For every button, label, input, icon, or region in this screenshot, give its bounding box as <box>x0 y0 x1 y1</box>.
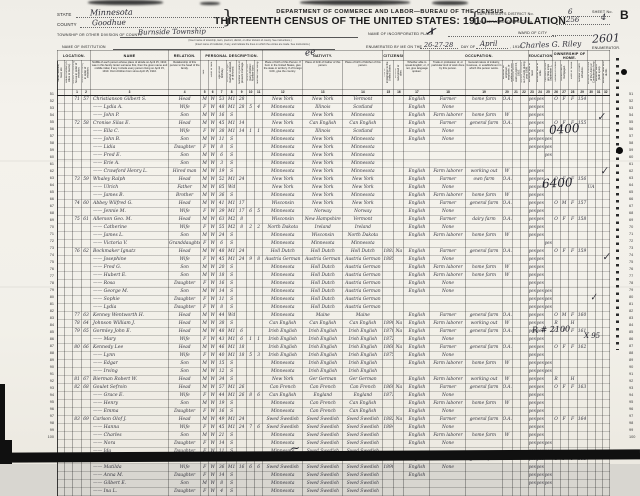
cell-bf: Can French <box>303 400 343 408</box>
row-number: 69 <box>42 217 54 224</box>
cell-bf: Can French <box>303 384 343 392</box>
cell-cb <box>247 200 255 208</box>
cell-of <box>560 104 568 112</box>
cell-na <box>394 112 404 120</box>
cell-im <box>383 216 394 224</box>
cell-cl <box>255 112 263 120</box>
cell-fs <box>577 240 587 248</box>
column-header-text: Whether naturalized or alien. <box>395 61 403 84</box>
cell-st <box>58 176 65 184</box>
person-row: —— John B.SonMW11SMinnesotaNew YorkMinne… <box>58 136 610 144</box>
person-row: 7662Bockmaker IgnatzHeadMW48M124Holl Dut… <box>58 248 610 256</box>
cell-cl <box>255 304 263 312</box>
cell-oh <box>552 256 560 264</box>
cell-hn <box>65 208 73 216</box>
row-number: 71 <box>42 231 54 238</box>
cell-hn <box>65 248 73 256</box>
cell-bp: Minnesota <box>263 368 303 376</box>
cell-df <box>602 368 609 376</box>
cell-cb <box>247 112 255 120</box>
cell-wr: yes <box>536 432 544 440</box>
cell-fs: 159 <box>577 248 587 256</box>
cell-fh <box>568 144 577 152</box>
cell-dw: 79 <box>73 328 82 336</box>
cell-sc <box>544 336 552 344</box>
cell-oh <box>552 336 560 344</box>
column-header-text: Number of dwelling house in order of vis… <box>73 61 81 84</box>
cell-cr: W <box>209 272 217 280</box>
incorporated-place-rule <box>448 36 556 37</box>
cell-im <box>383 272 394 280</box>
header-label-row: Street, avenue, road, etc.House number (… <box>58 61 610 90</box>
cell-fs <box>577 152 587 160</box>
person-row: —— CharlesSonMW21SMinnesotaSwed SwedishS… <box>58 432 610 440</box>
cell-ind <box>466 152 502 160</box>
cell-of <box>560 240 568 248</box>
scan-smudge <box>200 2 220 5</box>
cell-na <box>394 336 404 344</box>
cell-sc: yes <box>544 152 552 160</box>
check-mark: ✓ <box>589 292 598 303</box>
cell-ow <box>512 312 520 320</box>
cell-age: 12 <box>217 368 227 376</box>
cell-name: —— George M. <box>91 288 169 296</box>
cell-bf: Swed Swedish <box>303 440 343 448</box>
cell-ln: English <box>404 112 430 120</box>
cell-cr: W <box>209 256 217 264</box>
enumerator-signature: Charles G. Riley <box>520 39 582 50</box>
cell-cr: W <box>209 104 217 112</box>
cell-oh: O <box>552 216 560 224</box>
cell-oc <box>430 160 466 168</box>
cell-hn <box>65 168 73 176</box>
cell-dw <box>73 336 82 344</box>
cell-df <box>602 328 609 336</box>
cell-em <box>502 424 512 432</box>
cell-na <box>394 184 404 192</box>
cell-vt <box>587 152 595 160</box>
cell-cl: 6 <box>255 424 263 432</box>
cell-ow <box>512 280 520 288</box>
person-row: —— Crawford Henry L.Hired manMW19SMinnes… <box>58 168 610 176</box>
cell-oh <box>552 280 560 288</box>
person-row: —— Ella C.WifeFW38M11411MinnesotaIllinoi… <box>58 128 610 136</box>
cell-fam: 62 <box>82 248 91 256</box>
cell-oh <box>552 400 560 408</box>
cell-cb <box>247 368 255 376</box>
cell-sx: F <box>201 336 209 344</box>
stamp-number: 2601 <box>592 31 621 45</box>
cell-bp: Minnesota <box>263 312 303 320</box>
cell-im <box>383 176 394 184</box>
person-row: —— LynnWifeFW40M11853Irish EnglishIrish … <box>58 352 610 360</box>
cell-sc <box>544 272 552 280</box>
cell-ind <box>466 240 502 248</box>
cell-age: 38 <box>217 320 227 328</box>
cell-ind <box>466 392 502 400</box>
cell-rel: Head <box>169 96 201 104</box>
cell-fs: 163 <box>577 384 587 392</box>
cell-rd: yes <box>528 296 536 304</box>
cell-bf: Swed Swedish <box>303 424 343 432</box>
cell-ind: general farm <box>466 416 502 424</box>
cell-bm: Can English <box>343 320 383 328</box>
cell-fs <box>577 432 587 440</box>
row-number: 83 <box>42 315 54 322</box>
cell-ind: home farm <box>466 432 502 440</box>
cell-wk <box>520 192 528 200</box>
cell-ms: M1 <box>227 96 237 104</box>
column-header-text: Attended school any time since September… <box>545 61 553 84</box>
cell-vt <box>587 432 595 440</box>
column-header: Number now living. <box>255 61 263 90</box>
check-mark: ✓ <box>601 251 611 263</box>
cell-vt <box>587 384 595 392</box>
row-number: 73 <box>629 245 640 252</box>
row-number: 55 <box>629 119 640 126</box>
cell-bp: Holl Dutch <box>263 248 303 256</box>
cell-em <box>502 440 512 448</box>
cell-dw <box>73 184 82 192</box>
cell-st <box>58 392 65 400</box>
check-mark: ✓ <box>599 165 609 177</box>
cell-em: W <box>502 400 512 408</box>
cell-bl <box>595 400 602 408</box>
cell-em <box>502 128 512 136</box>
cell-name: —— Nora <box>91 440 169 448</box>
cell-fh <box>568 208 577 216</box>
row-number: 91 <box>629 371 640 378</box>
cell-fs <box>577 360 587 368</box>
row-number: 87 <box>629 343 640 350</box>
cell-fs <box>577 288 587 296</box>
cell-df <box>602 144 609 152</box>
cell-ow <box>512 216 520 224</box>
cell-dw <box>73 264 82 272</box>
cell-fh <box>568 288 577 296</box>
cell-name: —— Hubert E. <box>91 272 169 280</box>
cell-bf: Can English <box>303 120 343 128</box>
cell-sx: F <box>201 352 209 360</box>
cell-sc <box>544 104 552 112</box>
cell-ms: S <box>227 160 237 168</box>
cell-bm: New York <box>343 176 383 184</box>
column-group-header: EDUCATION. <box>528 51 552 61</box>
cell-ln <box>404 368 430 376</box>
cell-cb <box>247 240 255 248</box>
cell-dw: 71 <box>73 96 82 104</box>
cell-ms: M1 <box>227 200 237 208</box>
cell-ms: S <box>227 264 237 272</box>
cell-ln: English <box>404 272 430 280</box>
cell-wr: yes <box>536 232 544 240</box>
cell-df <box>602 344 609 352</box>
cell-bm: Irish English <box>343 344 383 352</box>
cell-dw <box>73 392 82 400</box>
cell-vt <box>587 392 595 400</box>
cell-ind: home farm <box>466 272 502 280</box>
cell-ind <box>466 352 502 360</box>
cell-of <box>560 224 568 232</box>
cell-cr: W <box>209 152 217 160</box>
cell-age: 3 <box>217 160 227 168</box>
cell-sx: M <box>201 312 209 320</box>
row-number: 80 <box>42 294 54 301</box>
person-row: —— Lydia A.WifeFW48M12854MinnesotaIllino… <box>58 104 610 112</box>
cell-age: 44 <box>217 312 227 320</box>
cell-bf: Can English <box>303 320 343 328</box>
supervisor-district-value: 6 <box>568 8 572 16</box>
column-header-text: Relationship of this person to the head … <box>169 61 200 70</box>
cell-sx: F <box>201 304 209 312</box>
cell-ln: English <box>404 352 430 360</box>
state-value: Minnesota <box>90 8 133 18</box>
cell-bm: New York <box>343 184 383 192</box>
cell-em: W <box>502 192 512 200</box>
cell-sx: M <box>201 152 209 160</box>
cell-wr: yes <box>536 104 544 112</box>
cell-dw <box>73 272 82 280</box>
cell-ln: English <box>404 96 430 104</box>
cell-cr: W <box>209 424 217 432</box>
cell-sc <box>544 424 552 432</box>
cell-fam <box>82 288 91 296</box>
cell-ow <box>512 296 520 304</box>
column-header-text: Whether a survivor of the Union or Confe… <box>588 61 596 84</box>
row-number: 62 <box>629 168 640 175</box>
cell-ms: S <box>227 360 237 368</box>
cell-dw: 78 <box>73 320 82 328</box>
cell-dw: 81 <box>73 376 82 384</box>
cell-hn <box>65 288 73 296</box>
cell-fam <box>82 184 91 192</box>
cell-ln: English <box>404 104 430 112</box>
cell-oc <box>430 152 466 160</box>
cell-fam <box>82 400 91 408</box>
cell-wr: yes <box>536 136 544 144</box>
cell-ym <box>237 296 247 304</box>
cell-rd: yes <box>528 352 536 360</box>
cell-em <box>502 160 512 168</box>
cell-ind: general farm <box>466 200 502 208</box>
cell-ms: M1 <box>227 256 237 264</box>
person-row: —— RosaDaughterFW16SMinnesotaHoll DutchA… <box>58 280 610 288</box>
cell-oh <box>552 264 560 272</box>
cell-rd: yes <box>528 256 536 264</box>
cell-age: 6 <box>217 152 227 160</box>
enumerated-month: April <box>480 40 497 48</box>
cell-im: 1868 <box>383 344 394 352</box>
cell-dw <box>73 352 82 360</box>
cell-fam: 61 <box>82 216 91 224</box>
cell-bl <box>595 440 602 448</box>
cell-oc: Farmer <box>430 384 466 392</box>
cell-of <box>560 376 568 384</box>
cell-oh <box>552 152 560 160</box>
cell-sc <box>544 192 552 200</box>
cell-ym <box>237 376 247 384</box>
person-row: 7864Johnson William J.HeadMW38SCan Engli… <box>58 320 610 328</box>
cell-na <box>394 296 404 304</box>
cell-ind: home farm <box>466 112 502 120</box>
cell-cb <box>247 160 255 168</box>
cell-dw <box>73 136 82 144</box>
cell-cr: W <box>209 96 217 104</box>
cell-fh <box>568 160 577 168</box>
cell-wr: yes <box>536 248 544 256</box>
cell-cb <box>247 344 255 352</box>
cell-fam <box>82 152 91 160</box>
cell-na: Na <box>394 328 404 336</box>
person-row: 7763Kenney Wentworth H.HeadMW44WdMinneso… <box>58 312 610 320</box>
cell-na <box>394 432 404 440</box>
cell-rd: yes <box>528 200 536 208</box>
cell-st <box>58 168 65 176</box>
cell-bp: Minnesota <box>263 136 303 144</box>
cell-cb <box>247 376 255 384</box>
cell-fs <box>577 112 587 120</box>
cell-fh <box>568 360 577 368</box>
cell-sc <box>544 280 552 288</box>
cell-hn <box>65 120 73 128</box>
cell-ind: home farm <box>466 192 502 200</box>
row-number: 79 <box>42 287 54 294</box>
cell-fam <box>82 232 91 240</box>
cell-ms: S <box>227 408 237 416</box>
cell-bf: Maine <box>303 312 343 320</box>
person-row: —— CatherineWifeFW55M2822North DakotaIre… <box>58 224 610 232</box>
cell-st <box>58 272 65 280</box>
row-number: 97 <box>629 413 640 420</box>
cell-em: O.A. <box>502 96 512 104</box>
cell-age: 14 <box>217 440 227 448</box>
cell-ow <box>512 208 520 216</box>
person-row: 7965Gormley John E.HeadMW48M16Irish Engl… <box>58 328 610 336</box>
cell-rel: Wife <box>169 352 201 360</box>
row-number: 93 <box>42 385 54 392</box>
cell-fs <box>577 168 587 176</box>
cell-na <box>394 208 404 216</box>
cell-ow <box>512 184 520 192</box>
row-number: 99 <box>629 427 640 434</box>
cell-vt <box>587 112 595 120</box>
cell-oc: Farmer <box>430 96 466 104</box>
cell-cr: W <box>209 384 217 392</box>
cell-of <box>560 264 568 272</box>
cell-sx: M <box>201 320 209 328</box>
person-row: 7157Christianson Gilbert S.HeadMW53M128N… <box>58 96 610 104</box>
cell-rd: yes <box>528 168 536 176</box>
cell-name: Whaley Ralph <box>91 176 169 184</box>
cell-im <box>383 160 394 168</box>
column-header: Whether able to write. <box>536 61 544 90</box>
cell-dw <box>73 360 82 368</box>
column-header-text: Number of weeks out of work during year … <box>521 61 529 84</box>
cell-oc: None <box>430 128 466 136</box>
cell-rel: Head <box>169 344 201 352</box>
cell-rd: yes <box>528 368 536 376</box>
cell-bm: Norway <box>343 208 383 216</box>
row-number: 94 <box>42 392 54 399</box>
cell-bm: Swed Swedish <box>343 416 383 424</box>
cell-rel: Son <box>169 264 201 272</box>
row-number: 76 <box>629 266 640 273</box>
cell-sc <box>544 208 552 216</box>
column-header: Place of birth of Father of this person. <box>303 61 343 90</box>
person-row: —— George M.SonMW14SMinnesotaHoll DutchA… <box>58 288 610 296</box>
cell-rd: yes <box>528 224 536 232</box>
cell-rel: Brother <box>169 192 201 200</box>
cell-ind: home farm <box>466 360 502 368</box>
cell-st <box>58 368 65 376</box>
cell-cr: W <box>209 232 217 240</box>
cell-sc <box>544 200 552 208</box>
cell-ind <box>466 224 502 232</box>
cell-fh: F <box>568 200 577 208</box>
cell-na <box>394 216 404 224</box>
cell-ms: M1 <box>227 352 237 360</box>
cell-st <box>58 416 65 424</box>
institution-label: NAME OF INSTITUTION <box>62 45 106 49</box>
cell-wk <box>520 264 528 272</box>
cell-wr: yes <box>536 96 544 104</box>
cell-wk <box>520 216 528 224</box>
cell-bm: Austria German <box>343 304 383 312</box>
cell-wr: yes <box>536 352 544 360</box>
cell-cb <box>247 168 255 176</box>
ward-of-city-rule <box>552 35 592 36</box>
cell-sc <box>544 96 552 104</box>
cell-na <box>394 160 404 168</box>
cell-bl <box>595 408 602 416</box>
cell-fh <box>568 424 577 432</box>
cell-of: M <box>560 312 568 320</box>
cell-sc <box>544 256 552 264</box>
cell-rel: Son <box>169 112 201 120</box>
cell-ym: 14 <box>237 120 247 128</box>
cell-cr: W <box>209 400 217 408</box>
cell-oc: Farmer <box>430 416 466 424</box>
column-group-header: PERSONAL DESCRIPTION. <box>201 51 263 61</box>
row-number: 74 <box>42 252 54 259</box>
cell-cl <box>255 152 263 160</box>
cell-em: O.A. <box>502 120 512 128</box>
cell-bl <box>595 320 602 328</box>
cell-name: —— Josephine <box>91 256 169 264</box>
cell-hn <box>65 344 73 352</box>
cell-bl <box>595 96 602 104</box>
cell-bp: Minnesota <box>263 160 303 168</box>
cell-em: W <box>502 376 512 384</box>
person-row: —— IrvingSonMW12SMinnesotaIrish EnglishI… <box>58 368 610 376</box>
cell-bl <box>595 144 602 152</box>
cell-ms: S <box>227 136 237 144</box>
cell-name: Kennedy Lee <box>91 344 169 352</box>
row-number: 51 <box>42 91 54 98</box>
cell-bl <box>595 128 602 136</box>
enumeration-district-label: ENUMERATION DISTRICT No. <box>477 20 534 24</box>
cell-name: —— James B. <box>91 192 169 200</box>
cell-bm: Vermont <box>343 96 383 104</box>
cell-name: Kenney Wentworth H. <box>91 312 169 320</box>
cell-cl <box>255 328 263 336</box>
cell-wk <box>520 152 528 160</box>
cell-fam <box>82 280 91 288</box>
cell-rel: Wife <box>169 256 201 264</box>
cell-vt <box>587 128 595 136</box>
cell-em: O.A. <box>502 312 512 320</box>
cell-em <box>502 144 512 152</box>
